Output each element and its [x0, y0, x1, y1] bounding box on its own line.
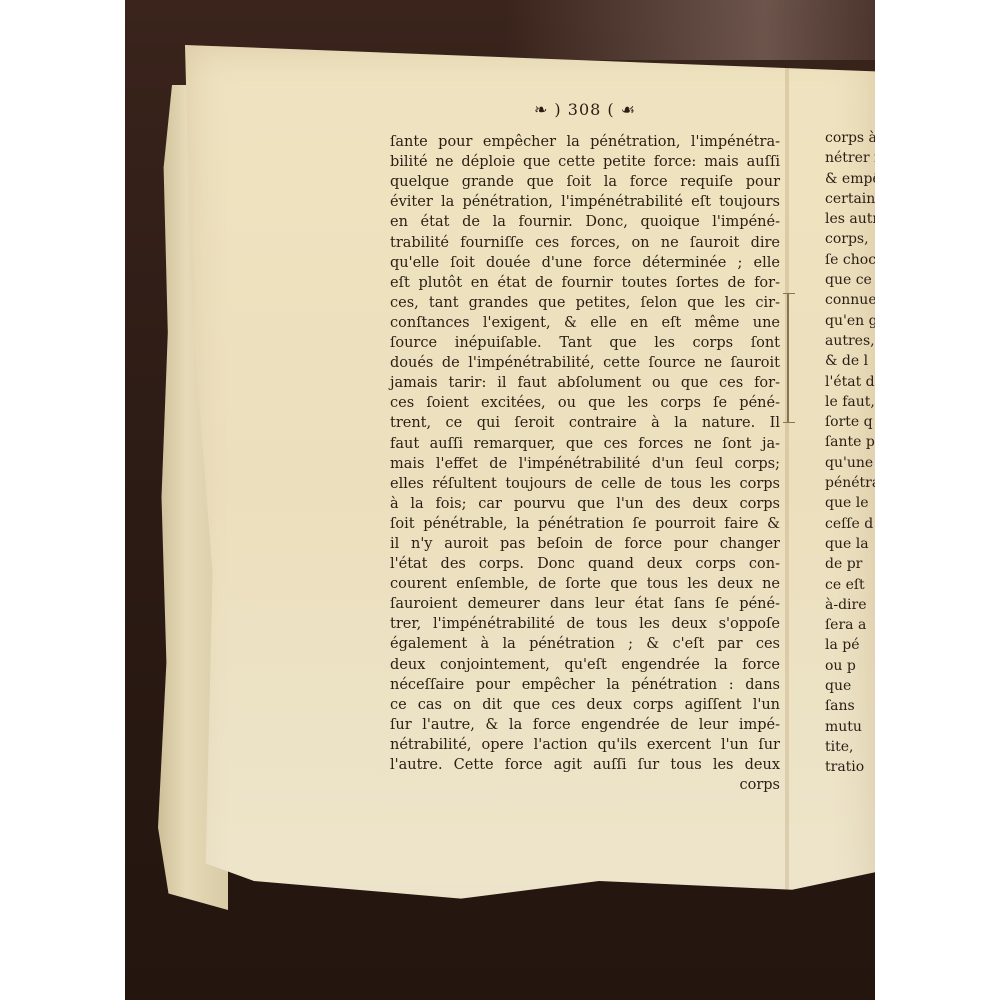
text-line: ſante pour empêcher la pénétration, l'im… [390, 132, 780, 152]
facing-text-line: que [825, 676, 875, 696]
facing-text-line: tratio [825, 757, 875, 777]
text-line: conſtances l'exigent, & elle en eſt même… [390, 313, 780, 333]
facing-text-line: mutu [825, 717, 875, 737]
facing-text-line: ſans [825, 696, 875, 716]
page-fold [785, 45, 789, 925]
text-line: quelque grande que ſoit la force requiſe… [390, 172, 780, 192]
text-line: trer, l'impénétrabilité de tous les deux… [390, 614, 780, 634]
facing-text-line: & de l [825, 351, 875, 371]
facing-text-line: que ce [825, 270, 875, 290]
facing-text-line: de pr [825, 554, 875, 574]
text-line: doués de l'impénétrabilité, cette ſource… [390, 353, 780, 373]
text-line: également à la pénétration ; & c'eſt par… [390, 634, 780, 654]
text-line: qu'elle ſoit douée d'une force déterminé… [390, 253, 780, 273]
text-line: néceſſaire pour empêcher la pénétration … [390, 675, 780, 695]
text-line: trabilité fourniſſe ces forces, on ne ſa… [390, 233, 780, 253]
facing-text-line: connue [825, 290, 875, 310]
facing-text-line: tite, [825, 737, 875, 757]
facing-text-line: autres, [825, 331, 875, 351]
text-line: à la fois; car pourvu que l'un des deux … [390, 494, 780, 514]
facing-text-line: ſorte q [825, 412, 875, 432]
text-line: nétrabilité, opere l'action qu'ils exerc… [390, 735, 780, 755]
facing-text-line: pénétra [825, 473, 875, 493]
text-line: ſoit pénétrable, la pénétration ſe pourr… [390, 514, 780, 534]
text-line: courent enſemble, de ſorte que tous les … [390, 574, 780, 594]
text-line: mais l'effet de l'impénétrabilité d'un ſ… [390, 454, 780, 474]
wood-sheen [505, 0, 875, 60]
page-text-block: ❧ ) 308 ( ☙ ſante pour empêcher la pénét… [390, 100, 780, 795]
book-photo: ❧ ) 308 ( ☙ ſante pour empêcher la pénét… [125, 0, 875, 1000]
facing-page-text: corps ànétrer n& empêcertainles autrcorp… [825, 128, 875, 778]
text-line: deux conjointement, qu'eſt engendrée la … [390, 655, 780, 675]
text-line: l'état des corps. Donc quand deux corps … [390, 554, 780, 574]
facing-text-line: ſante p [825, 432, 875, 452]
text-line: il n'y auroit pas beſoin de force pour c… [390, 534, 780, 554]
text-line: faut auſſi remarquer, que ces forces ne … [390, 434, 780, 454]
facing-text-line: la pé [825, 635, 875, 655]
facing-text-line: nétrer n [825, 148, 875, 168]
facing-text-line: qu'en g [825, 311, 875, 331]
text-line: ces, tant grandes que petites, ſelon que… [390, 293, 780, 313]
facing-text-line: ſe choc [825, 250, 875, 270]
text-line: éviter la pénétration, l'impénétrabilité… [390, 192, 780, 212]
facing-text-line: qu'une [825, 453, 875, 473]
facing-text-line: que le [825, 493, 875, 513]
facing-text-line: ou p [825, 656, 875, 676]
text-line: bilité ne déploie que cette petite force… [390, 152, 780, 172]
facing-text-line: corps à [825, 128, 875, 148]
text-line: ces ſoient excitées, ou que les corps ſe… [390, 393, 780, 413]
text-line: trent, ce qui ſeroit contraire à la natu… [390, 413, 780, 433]
text-line: ſauroient demeurer dans leur état ſans ſ… [390, 594, 780, 614]
facing-text-line: l'état d [825, 372, 875, 392]
text-line: ce cas on dit que ces deux corps agiſſen… [390, 695, 780, 715]
text-line: jamais tarir: il faut abſolument ou que … [390, 373, 780, 393]
facing-text-line: le faut, [825, 392, 875, 412]
facing-text-line: que la [825, 534, 875, 554]
text-line: en état de la fournir. Donc, quoique l'i… [390, 212, 780, 232]
facing-text-line: & empê [825, 169, 875, 189]
facing-text-line: à-dire [825, 595, 875, 615]
facing-text-line: les autr [825, 209, 875, 229]
body-lines: ſante pour empêcher la pénétration, l'im… [390, 132, 780, 775]
text-line: ſur l'autre, & la force engendrée de leu… [390, 715, 780, 735]
facing-text-line: corps, [825, 229, 875, 249]
catchword: corps [390, 775, 780, 795]
text-line: ſource inépuiſable. Tant que les corps ſ… [390, 333, 780, 353]
margin-marker-line [787, 293, 789, 423]
facing-text-line: ceſſe d [825, 514, 875, 534]
facing-text-line: ce eſt [825, 575, 875, 595]
facing-text-line: ſera a [825, 615, 875, 635]
text-line: l'autre. Cette force agit auſſi ſur tous… [390, 755, 780, 775]
facing-text-line: certain [825, 189, 875, 209]
running-head: ❧ ) 308 ( ☙ [390, 100, 780, 120]
text-line: elles réſultent toujours de celle de tou… [390, 474, 780, 494]
text-line: eſt plutôt en état de fournir toutes ſor… [390, 273, 780, 293]
